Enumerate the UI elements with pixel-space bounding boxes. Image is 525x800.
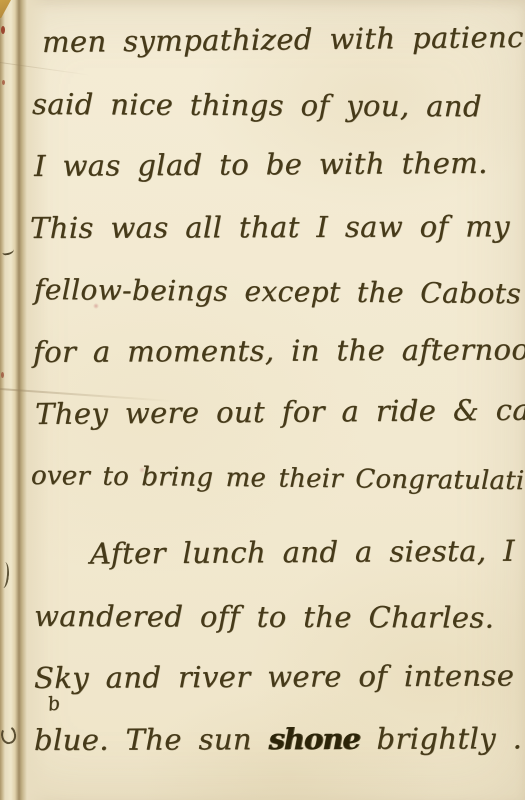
page-corner-damage	[0, 0, 11, 18]
letter-line: over to bring me their Congratulations.	[31, 446, 524, 513]
letter-line: This was all that I saw of my	[30, 196, 523, 260]
letter-line: After lunch and a siesta, I	[34, 521, 523, 586]
letter-line: said nice things of you, and	[32, 74, 523, 139]
stray-ink-mark	[1, 246, 14, 256]
paper-speck	[1, 372, 4, 378]
letter-line: bblue. The sun shone brightly .	[34, 708, 523, 772]
paragraph-2: After lunch and a siesta, I wandered off…	[34, 524, 523, 772]
letter-line: men sympathized with patience	[42, 7, 524, 74]
letter-page: men sympathized with patience said nice …	[0, 0, 525, 800]
inserted-letter: b	[47, 694, 62, 715]
letter-line: for a moments, in the afternoon.	[33, 319, 523, 384]
letter-line: fellow-beings except the Cabots	[34, 260, 524, 326]
stray-ink-mark	[0, 724, 18, 745]
letter-line: Sky and river were of intense	[34, 645, 523, 710]
paragraph-1: men sympathized with patience said nice …	[34, 12, 523, 508]
letter-line: They were out for a ride & came	[35, 380, 524, 446]
letter-line: I was glad to be with them.	[34, 133, 523, 198]
paper-speck	[1, 26, 5, 34]
line-text: blue. The sun	[34, 722, 269, 757]
overwritten-word: shone	[269, 722, 360, 756]
letter-line: wandered off to the Charles.	[34, 586, 523, 650]
letter-text: men sympathized with patience said nice …	[34, 12, 523, 772]
line-text: brightly .	[360, 721, 522, 756]
paper-speck	[2, 80, 5, 85]
stray-ink-mark	[0, 561, 11, 588]
